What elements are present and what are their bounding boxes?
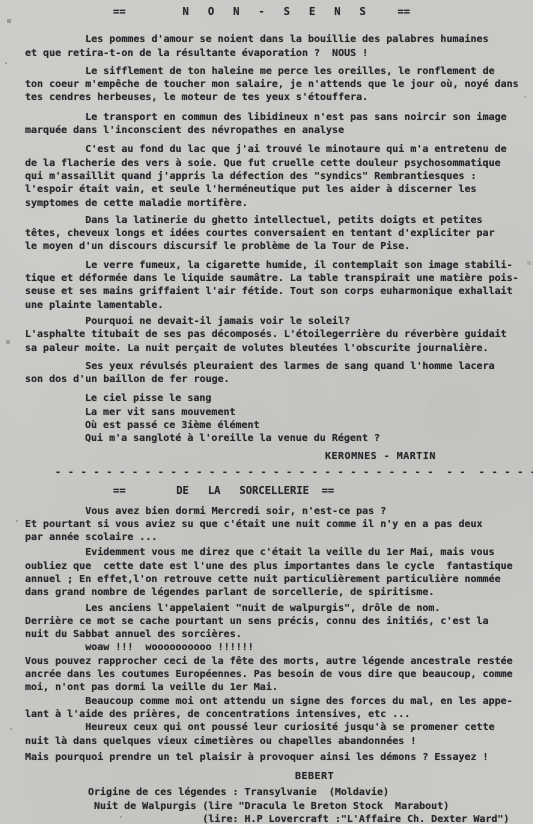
- footer-references: Origine de ces légendes : Transylvanie (…: [88, 786, 525, 824]
- paragraph-2: Le sifflement de ton haleine me perce le…: [25, 65, 525, 105]
- paragraph-4: C'est au fond du lac que j'ai trouvé le …: [25, 143, 525, 209]
- poem: Le ciel pisse le sang La mer vit sans mo…: [85, 392, 525, 445]
- section2-paragraph-5: Heureux ceux qui ont poussé leur curiosi…: [25, 721, 525, 748]
- section2-author-signature: BEBERT: [295, 770, 525, 783]
- paragraph-5: Dans la latinerie du ghetto intellectuel…: [25, 214, 525, 254]
- scanned-document-page: == N O N - S E N S == Les pommes d'amour…: [0, 0, 533, 824]
- paragraph-6: Le verre fumeux, la cigarette humide, il…: [25, 259, 525, 312]
- section2-paragraph-6: Mais pourquoi prendre un tel plaisir à p…: [25, 751, 525, 764]
- paragraph-3: Le transport en commun des libidineux n'…: [25, 111, 525, 138]
- scan-noise-speckles: [0, 0, 2, 2]
- paragraph-7: Pourquoi ne devait-il jamais voir le sol…: [25, 315, 525, 355]
- dashed-separator: - - - - - - - - - - - - - - - - - - - - …: [55, 466, 525, 479]
- section1-author-signature: KEROMNES - MARTIN: [325, 450, 525, 463]
- section2-paragraph-2: Evidemment vous me direz que c'était la …: [25, 546, 525, 599]
- section2-paragraph-3: Les anciens l'appelaient "nuit de walpur…: [25, 602, 525, 695]
- section1-title: == N O N - S E N S ==: [113, 6, 525, 19]
- section2-paragraph-1: Vous avez bien dormi Mercredi soir, n'es…: [25, 505, 525, 545]
- paragraph-1: Les pommes d'amour se noient dans la bou…: [25, 33, 525, 60]
- section2-paragraph-4: Beaucoup comme moi ont attendu un signe …: [25, 695, 525, 722]
- section2-title: == DE LA SORCELLERIE ==: [113, 485, 525, 498]
- paragraph-8: Ses yeux révulsés pleuraient des larmes …: [25, 360, 525, 387]
